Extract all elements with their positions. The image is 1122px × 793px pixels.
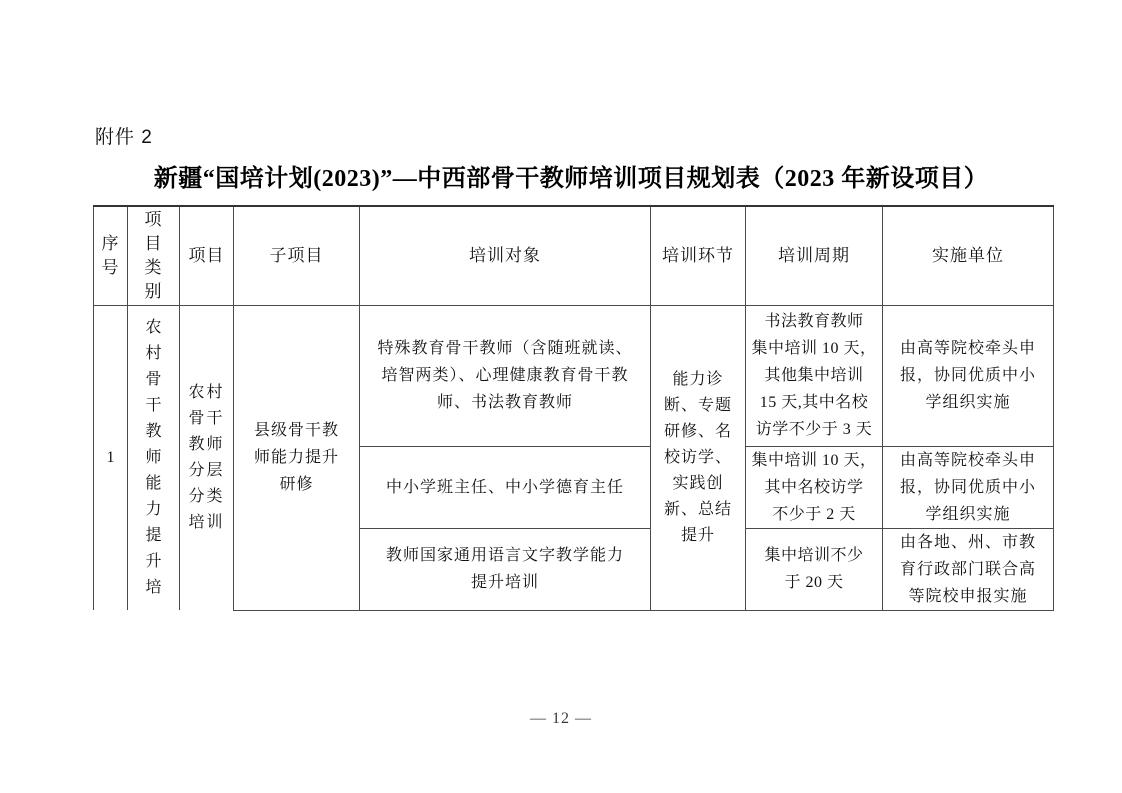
cell-phases: 能力诊 断、专题 研修、名 校访学、 实践创 新、总结 提升 bbox=[651, 305, 746, 610]
col-header-period: 培训周期 bbox=[746, 206, 883, 305]
col-header-phases: 培训环节 bbox=[651, 206, 746, 305]
document-title: 新疆“国培计划(2023)”—中西部骨干教师培训项目规划表（2023 年新设项目… bbox=[20, 158, 1122, 193]
cell-implementer-2: 由高等院校牵头申 报，协同优质中小 学组织实施 bbox=[883, 446, 1054, 528]
table-header-row: 序 号 项 目 类 别 项目 子项目 培训对象 培训环节 培训周期 实施单位 bbox=[94, 206, 1054, 305]
cell-sub-project: 县级骨干教 师能力提升 研修 bbox=[234, 305, 360, 610]
cell-seq: 1 bbox=[94, 305, 128, 610]
table-row: 1 农 村 骨 干 教 师 能 力 提 升 培 农村 骨干 教师 分层 分类 培… bbox=[94, 305, 1054, 446]
cell-project: 农村 骨干 教师 分层 分类 培训 bbox=[180, 305, 234, 610]
col-header-category: 项 目 类 别 bbox=[128, 206, 180, 305]
attachment-label: 附件 2 bbox=[95, 122, 153, 149]
cell-target-3: 教师国家通用语言文字教学能力 提升培训 bbox=[360, 528, 651, 610]
col-header-target: 培训对象 bbox=[360, 206, 651, 305]
col-header-implementer: 实施单位 bbox=[883, 206, 1054, 305]
col-header-sub-project: 子项目 bbox=[234, 206, 360, 305]
cell-category: 农 村 骨 干 教 师 能 力 提 升 培 bbox=[128, 305, 180, 610]
col-header-seq: 序 号 bbox=[94, 206, 128, 305]
cell-target-2: 中小学班主任、中小学德育主任 bbox=[360, 446, 651, 528]
training-plan-table: 序 号 项 目 类 别 项目 子项目 培训对象 培训环节 培训周期 实施单位 1… bbox=[93, 205, 1054, 611]
cell-period-2: 集中培训 10 天， 其中名校访学 不少于 2 天 bbox=[746, 446, 883, 528]
cell-period-3: 集中培训不少 于 20 天 bbox=[746, 528, 883, 610]
cell-implementer-1: 由高等院校牵头申 报，协同优质中小 学组织实施 bbox=[883, 305, 1054, 446]
cell-implementer-3: 由各地、州、市教 育行政部门联合高 等院校申报实施 bbox=[883, 528, 1054, 610]
document-page: 附件 2 新疆“国培计划(2023)”—中西部骨干教师培训项目规划表（2023 … bbox=[0, 0, 1122, 793]
col-header-project: 项目 bbox=[180, 206, 234, 305]
cell-target-1: 特殊教育骨干教师（含随班就读、 培智两类）、心理健康教育骨干教 师、书法教育教师 bbox=[360, 305, 651, 446]
cell-period-1: 书法教育教师 集中培训 10 天， 其他集中培训 15 天,其中名校 访学不少于… bbox=[746, 305, 883, 446]
page-number: — 12 — bbox=[0, 710, 1122, 728]
